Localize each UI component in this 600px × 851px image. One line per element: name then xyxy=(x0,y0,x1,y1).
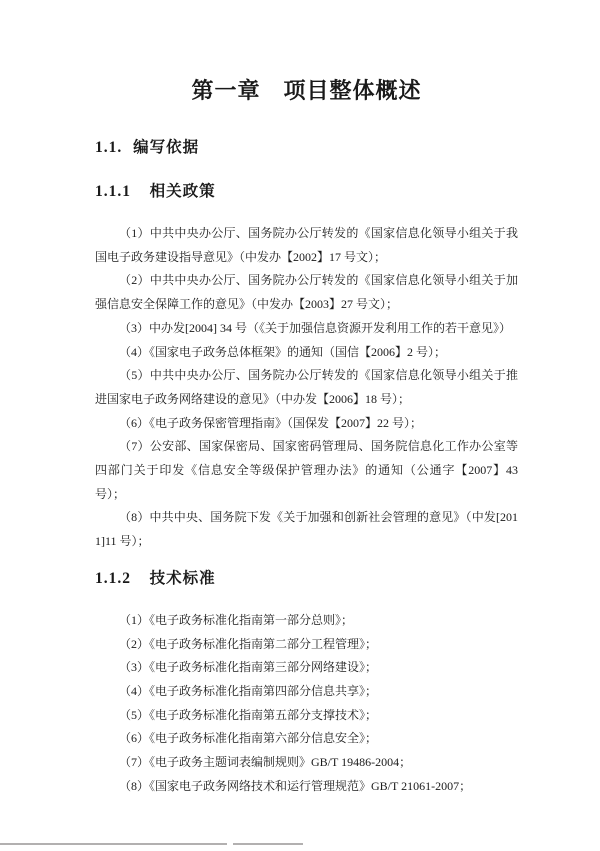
policy-item: （5）中共中央办公厅、国务院办公厅转发的《国家信息化领导小组关于推进国家电子政务… xyxy=(95,364,518,411)
document-content: 第一章 项目整体概述 1.1.编写依据 1.1.1相关政策 （1）中共中央办公厅… xyxy=(95,0,518,798)
policy-item: （1）中共中央办公厅、国务院办公厅转发的《国家信息化领导小组关于我国电子政务建设… xyxy=(95,222,518,269)
standard-item: （8）《国家电子政务网络技术和运行管理规范》GB/T 21061-2007； xyxy=(95,775,518,799)
section-heading-1-1: 1.1.编写依据 xyxy=(95,139,518,157)
standards-list: （1）《电子政务标准化指南第一部分总则》； （2）《电子政务标准化指南第二部分工… xyxy=(95,609,518,799)
standard-item: （4）《电子政务标准化指南第四部分信息共享》； xyxy=(95,680,518,704)
subsection-heading-1-1-1: 1.1.1相关政策 xyxy=(95,183,518,201)
scan-artifact-line xyxy=(233,843,303,845)
standard-item: （1）《电子政务标准化指南第一部分总则》； xyxy=(95,609,518,633)
subsection-number: 1.1.2 xyxy=(95,570,131,587)
chapter-title: 第一章 项目整体概述 xyxy=(95,77,518,104)
subsection-heading-1-1-2: 1.1.2技术标准 xyxy=(95,570,518,588)
policy-item: （6）《电子政务保密管理指南》（国保发【2007】22 号）； xyxy=(95,412,518,436)
subsection-label: 相关政策 xyxy=(150,183,216,200)
scan-artifact-line xyxy=(0,843,227,845)
document-page: 第一章 项目整体概述 1.1.编写依据 1.1.1相关政策 （1）中共中央办公厅… xyxy=(0,0,600,851)
subsection-label: 技术标准 xyxy=(150,570,216,587)
policy-item: （4）《国家电子政务总体框架》的通知（国信【2006】2 号）； xyxy=(95,341,518,365)
standard-item: （2）《电子政务标准化指南第二部分工程管理》； xyxy=(95,633,518,657)
standard-item: （3）《电子政务标准化指南第三部分网络建设》； xyxy=(95,656,518,680)
subsection-number: 1.1.1 xyxy=(95,183,131,200)
policy-item: （3）中办发[2004] 34 号（《关于加强信息资源开发利用工作的若干意见》） xyxy=(95,317,518,341)
section-number: 1.1. xyxy=(95,139,122,156)
section-label: 编写依据 xyxy=(133,139,199,156)
standard-item: （7）《电子政务主题词表编制规则》GB/T 19486-2004； xyxy=(95,751,518,775)
policy-item: （7）公安部、国家保密局、国家密码管理局、国务院信息化工作办公室等四部门关于印发… xyxy=(95,435,518,506)
policy-item: （2）中共中央办公厅、国务院办公厅转发的《国家信息化领导小组关于加强信息安全保障… xyxy=(95,269,518,316)
standard-item: （5）《电子政务标准化指南第五部分支撑技术》； xyxy=(95,704,518,728)
standard-item: （6）《电子政务标准化指南第六部分信息安全》； xyxy=(95,727,518,751)
policy-item: （8）中共中央、国务院下发《关于加强和创新社会管理的意见》（中发[2011]11… xyxy=(95,506,518,553)
policy-list: （1）中共中央办公厅、国务院办公厅转发的《国家信息化领导小组关于我国电子政务建设… xyxy=(95,222,518,554)
